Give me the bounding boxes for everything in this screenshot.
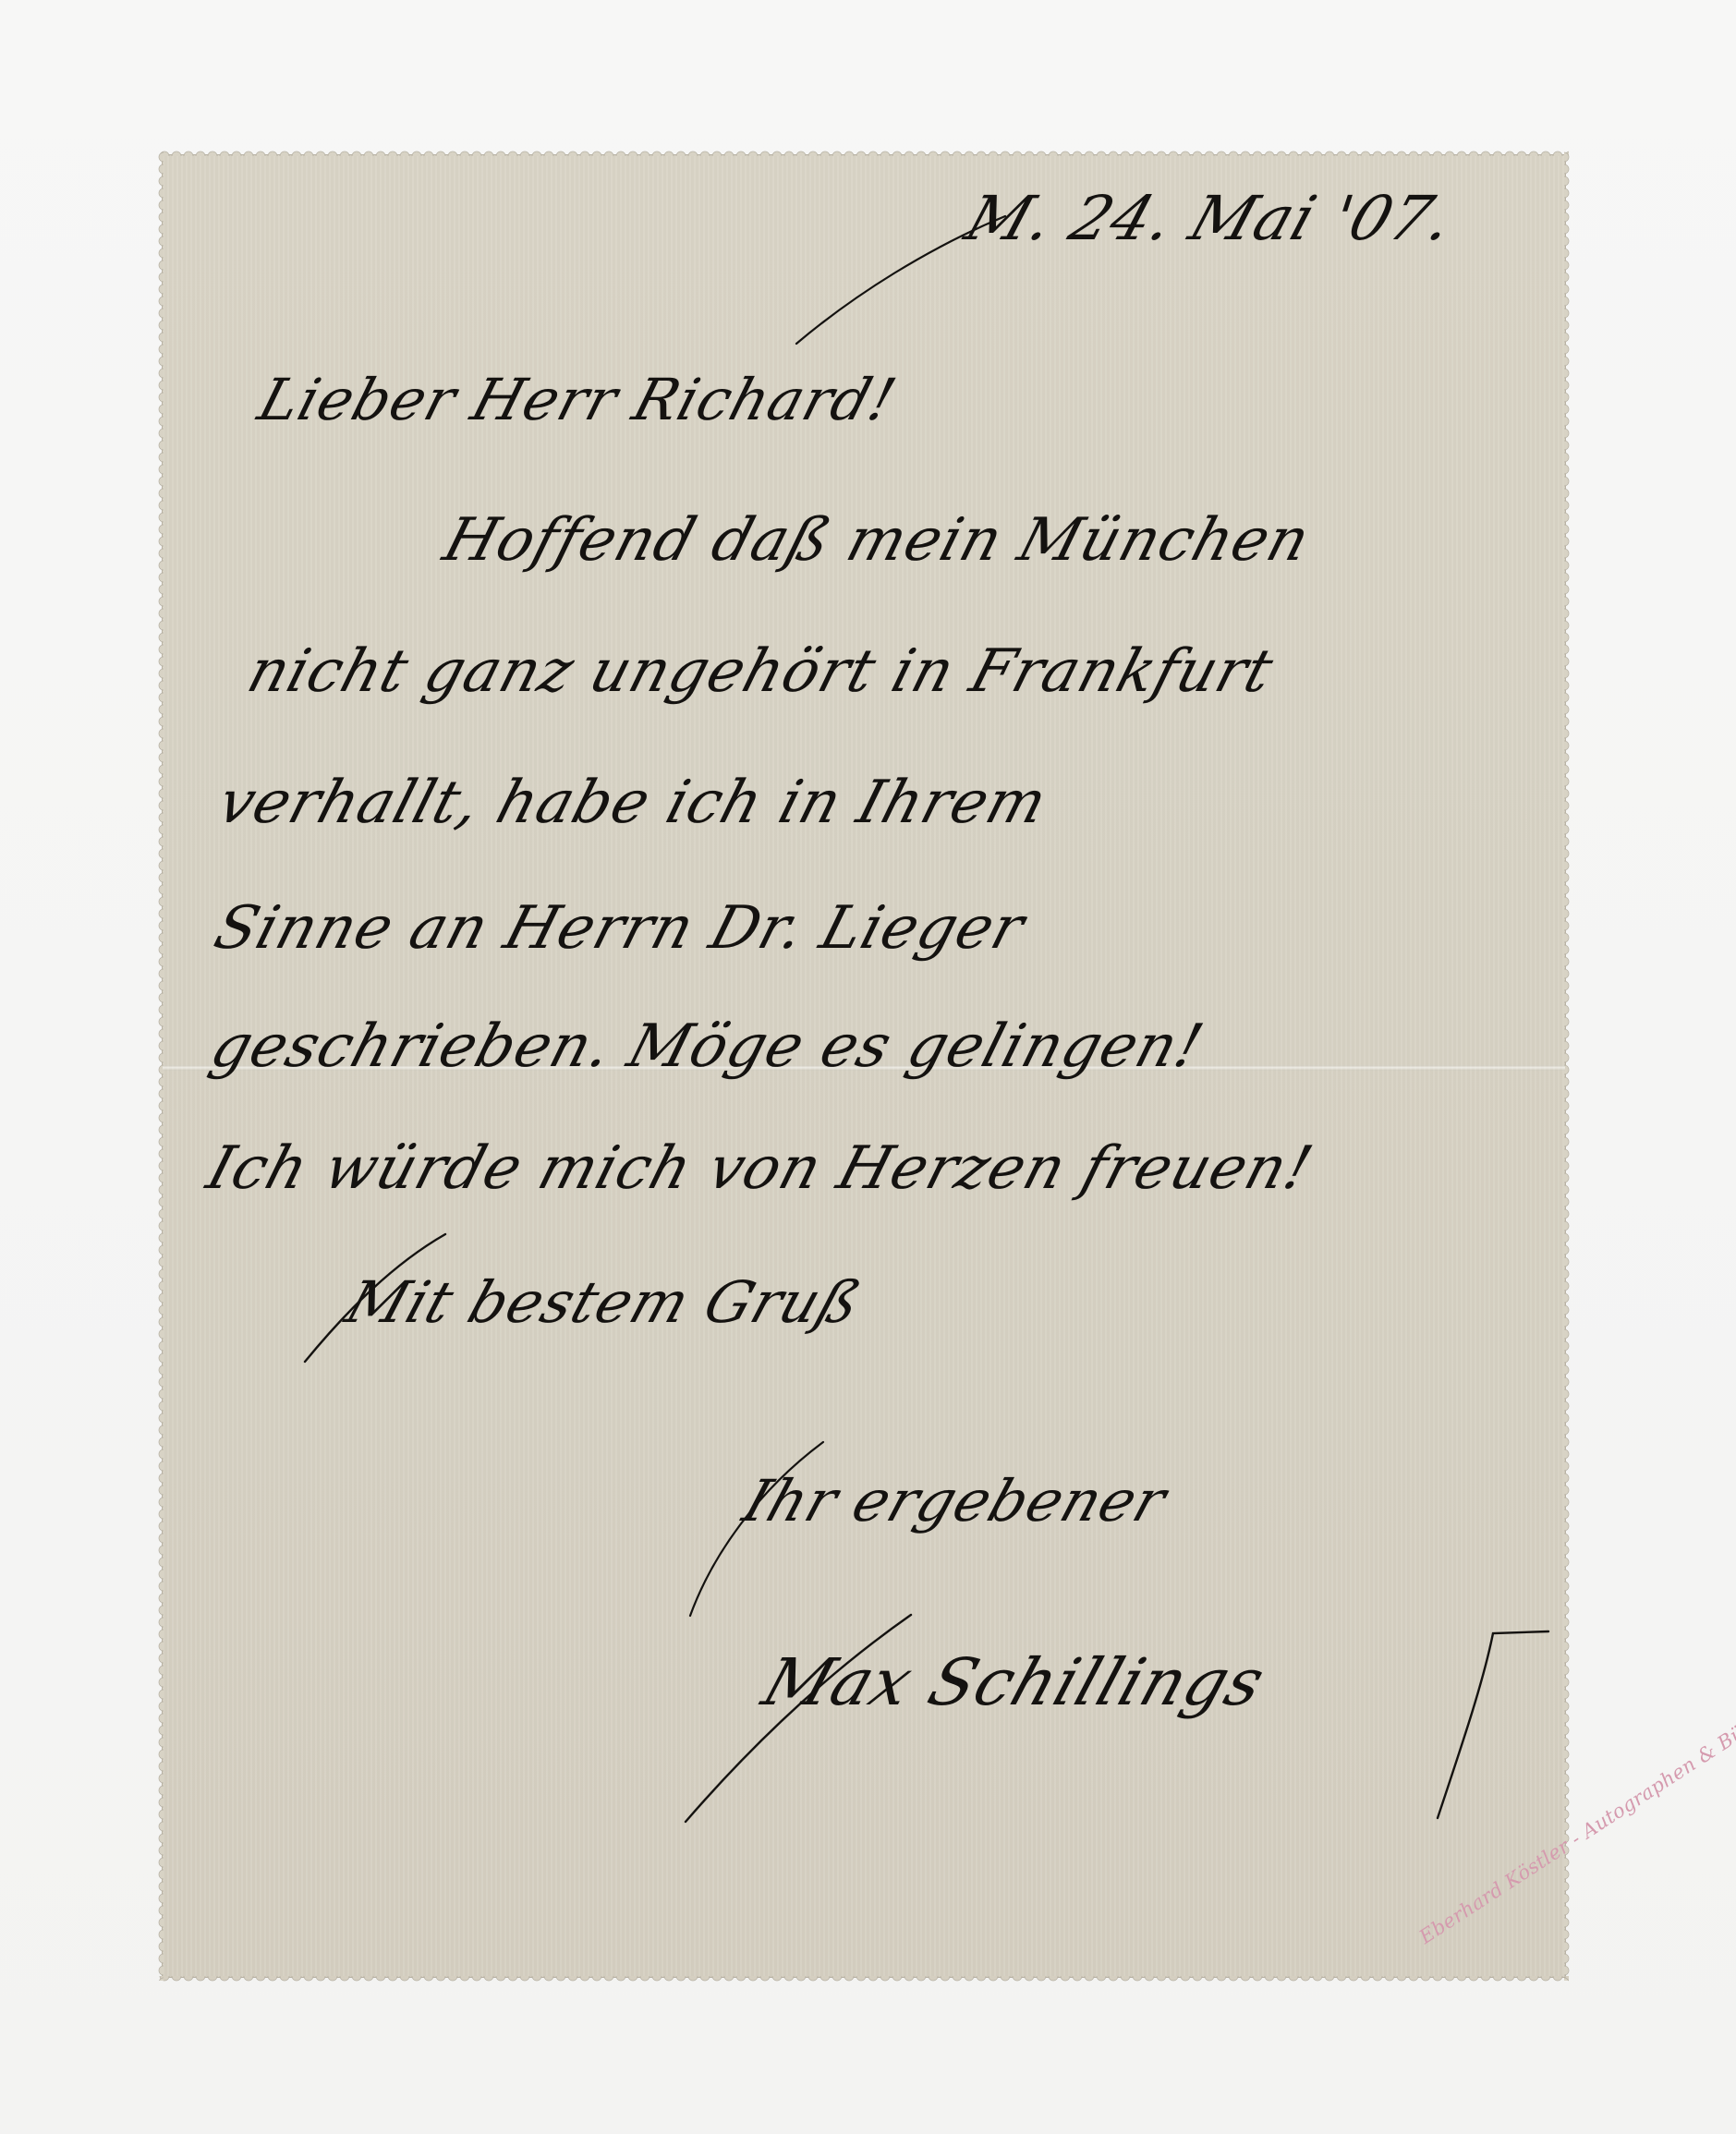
- body-line-3: verhallt, habe ich in Ihrem: [211, 769, 1055, 837]
- body-line-5: geschrieben. Möge es gelingen!: [203, 1012, 1211, 1081]
- salutation: Lieber Herr Richard!: [251, 366, 904, 433]
- body-line-4: Sinne an Herrn Dr. Lieger: [207, 894, 1032, 963]
- perforated-edge-bottom: [159, 1976, 1569, 1983]
- body-line-1: Hoffend daß mein München: [436, 506, 1317, 575]
- closing-greeting: Mit bestem Gruß: [338, 1268, 869, 1336]
- scan-background: M. 24. Mai '07. Lieber Herr Richard! Hof…: [0, 0, 1736, 2134]
- signature: Max Schillings: [754, 1644, 1274, 1720]
- date-line: M. 24. Mai '07.: [957, 183, 1463, 254]
- valediction: Ihr ergebener: [735, 1467, 1175, 1534]
- body-line-2: nicht ganz ungehört in Frankfurt: [240, 637, 1281, 706]
- perforated-edge-right: [1564, 152, 1572, 1981]
- perforated-edge-top: [159, 149, 1569, 156]
- signature-tail-stroke: [1373, 1624, 1558, 1827]
- letter-card: M. 24. Mai '07. Lieber Herr Richard! Hof…: [163, 155, 1565, 1977]
- body-line-6: Ich würde mich von Herzen freuen!: [200, 1134, 1320, 1203]
